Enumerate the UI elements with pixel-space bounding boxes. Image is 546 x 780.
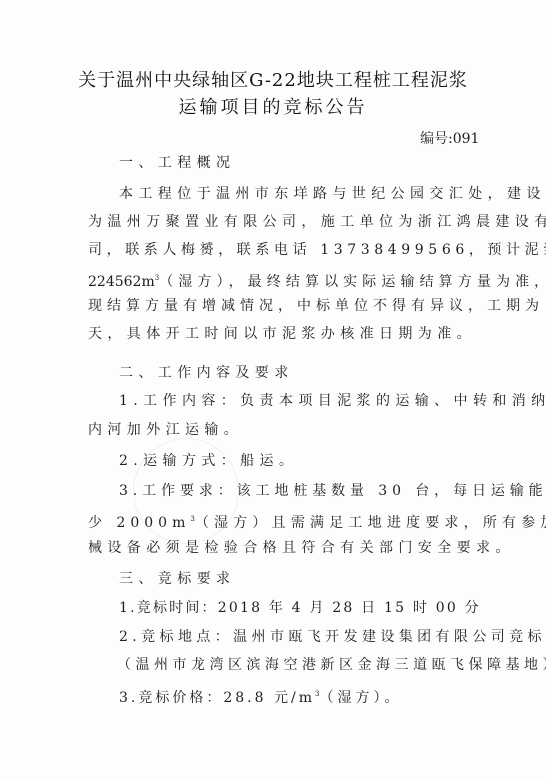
body-line-bid-price: 3.竞标价格：28.8 元/m3（湿方）。 [119, 686, 402, 706]
document-number: 编号:091 [420, 128, 479, 148]
body-line: 为温州万聚置业有限公司，施工单位为浙江鸿晨建设有限公 [88, 214, 546, 230]
document-page: 关于温州中央绿轴区G-22地块工程桩工程泥浆 运输项目的竞标公告 编号:091 … [0, 0, 546, 780]
body-line: 本工程位于温州市东垟路与世纪公园交汇处，建设单位 [119, 186, 546, 202]
body-line: 械设备必须是检验合格且符合有关部门安全要求。 [88, 540, 515, 556]
body-line-bid-location: 2.竞标地点：温州市瓯飞开发建设集团有限公司竞标室。 [119, 629, 546, 645]
body-line: 现结算方量有增减情况，中标单位不得有异议，工期为 120 [88, 298, 546, 314]
body-line: 内河加外江运输。 [88, 422, 243, 438]
body-line-bid-time: 1.竞标时间：2018 年 4 月 28 日 15 时 00 分 [119, 600, 481, 616]
price-unit: （湿方）。 [319, 690, 402, 706]
price-value: 3.竞标价格：28.8 元/m [119, 690, 315, 706]
body-line-bid-address: （温州市龙湾区滨海空港新区金海三道瓯飞保障基地） [117, 657, 546, 673]
document-title-line-1: 关于温州中央绿轴区G-22地块工程桩工程泥浆 [0, 66, 546, 92]
capacity-text: （湿方）且需满足工地进度要求，所有参加运输机 [195, 515, 546, 531]
quantity-text: （湿方），最终结算以实际运输结算方量为准，如出 [159, 274, 546, 290]
section-heading-3: 三、竞标要求 [119, 571, 235, 587]
body-line: 3.工作要求：该工地桩基数量 30 台，每日运输能力至 [119, 483, 546, 499]
body-line: 司，联系人梅赟，联系电话 13738499566，预计泥浆工程量 [88, 242, 546, 258]
document-title-line-2: 运输项目的竞标公告 [0, 93, 546, 119]
quantity-value: 224562m [88, 274, 155, 290]
body-line-capacity: 少 2000m3（湿方）且需满足工地进度要求，所有参加运输机 [88, 511, 546, 531]
body-line: 2.运输方式：船运。 [119, 453, 298, 469]
section-heading-1: 一、工程概况 [119, 155, 235, 171]
section-heading-2: 二、工作内容及要求 [119, 365, 294, 381]
body-line: 1.工作内容：负责本项目泥浆的运输、中转和消纳工作， [119, 393, 546, 409]
body-line: 天，具体开工时间以市泥浆办核准日期为准。 [88, 326, 476, 342]
capacity-value: 少 2000m [88, 515, 190, 531]
body-line-quantity: 224562m3（湿方），最终结算以实际运输结算方量为准，如出 [88, 270, 546, 290]
